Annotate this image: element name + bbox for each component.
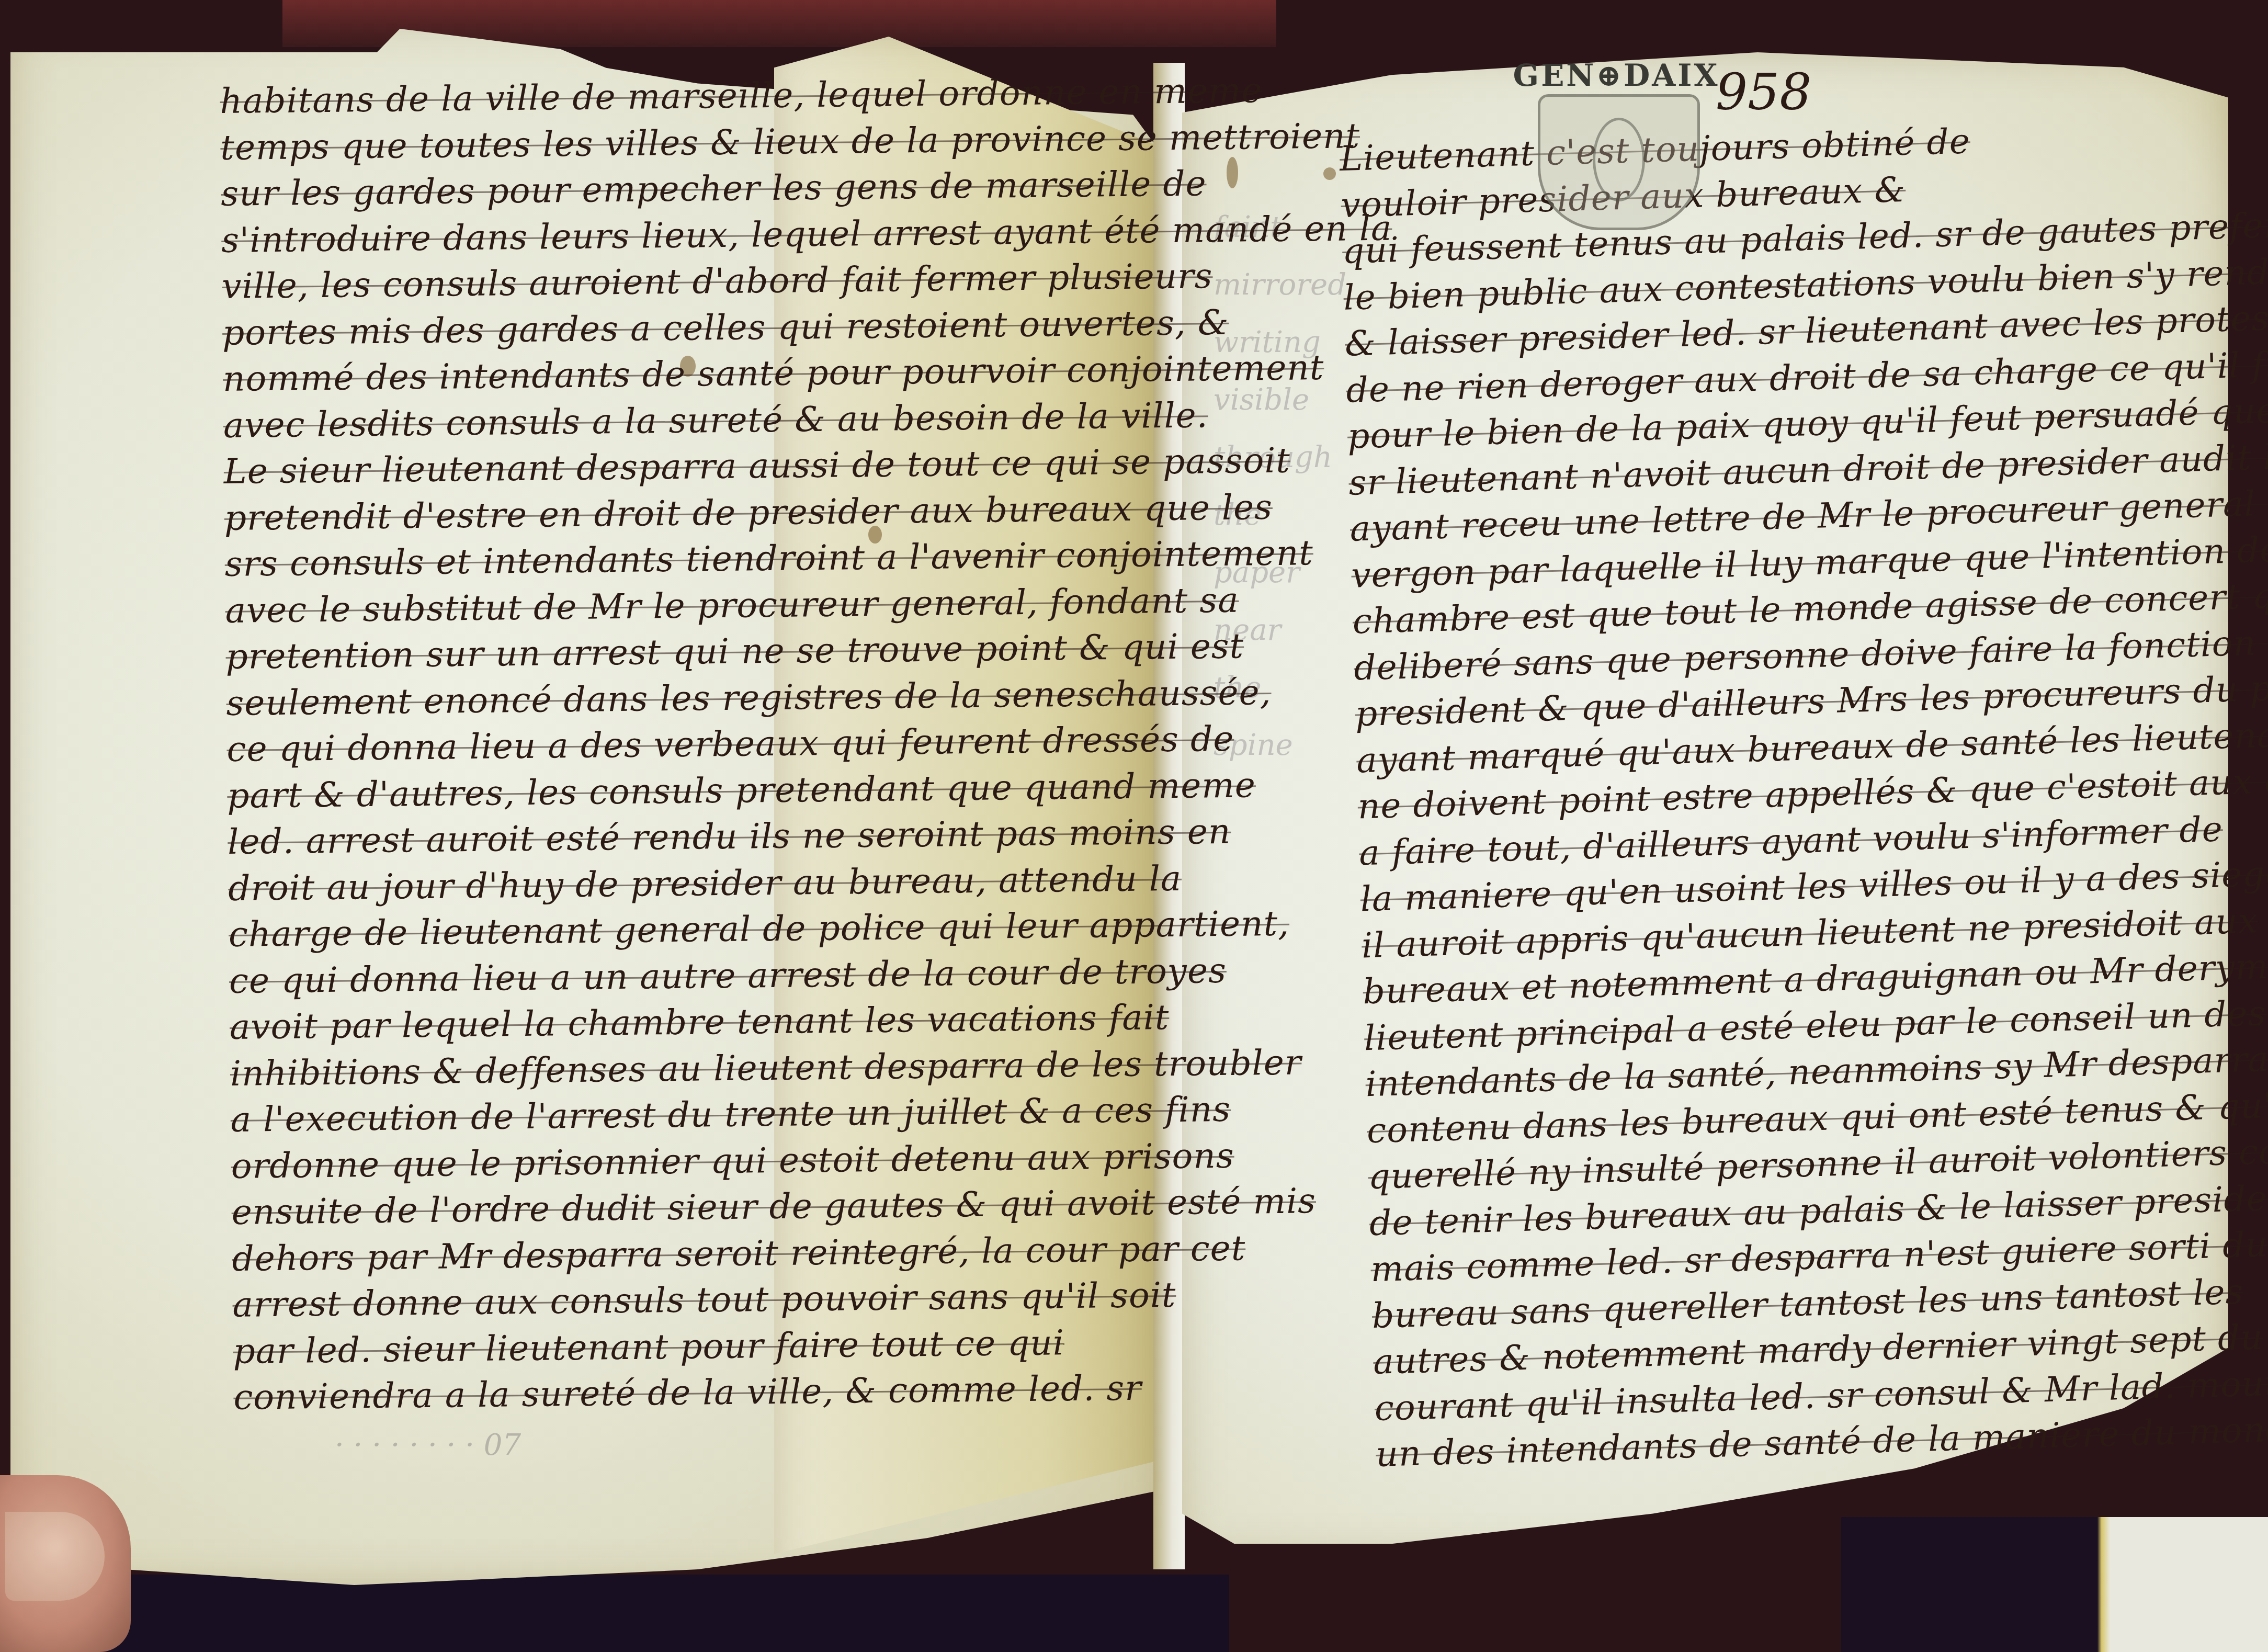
seal-icon <box>1538 94 1700 230</box>
thumbnail-nail <box>5 1512 105 1601</box>
archive-stamp: GEN⊕DAIX <box>1506 58 1726 230</box>
table-surface-left <box>0 1575 1229 1652</box>
table-surface-right <box>1841 1517 2268 1652</box>
right-page-text: Lieutenant c'est toujours obtiné devoulo… <box>1339 107 2268 1478</box>
left-page-text: habitans de la ville de marseille, leque… <box>220 66 1404 1421</box>
footer-ghost-text: · · · · · · · · 07 <box>335 1428 521 1462</box>
stamp-label: GEN⊕DAIX <box>1506 58 1726 93</box>
folio-number: 958 <box>1716 63 1811 121</box>
